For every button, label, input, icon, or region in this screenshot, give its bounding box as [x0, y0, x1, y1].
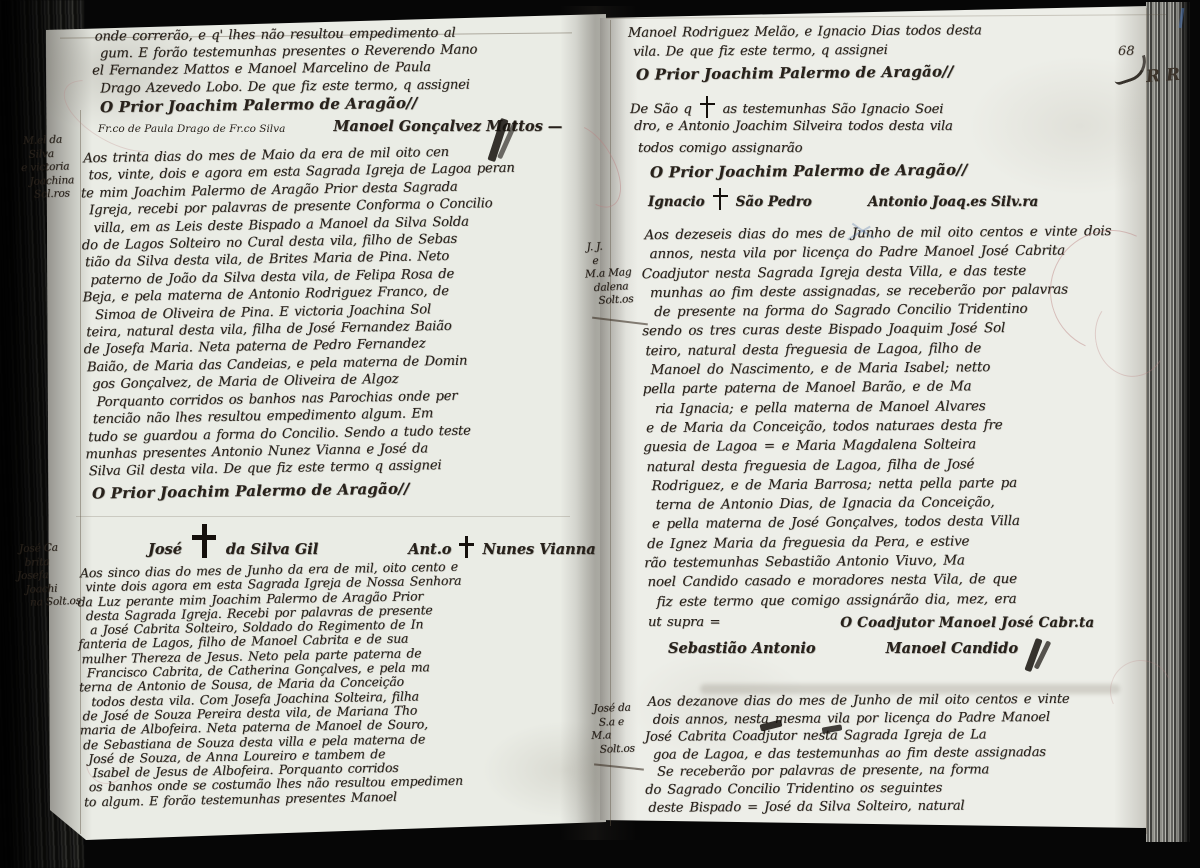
witness-name: Ant.o	[408, 541, 451, 558]
prior-signature: O Prior Joachim Palermo de Aragão//	[636, 62, 954, 83]
ut-supra: ut supra =	[648, 614, 720, 631]
signer-name: São Pedro	[736, 194, 812, 210]
manuscript-line: vila. De que fiz este termo, q assignei	[633, 39, 1128, 61]
entry1-heading-right: Manoel Gonçalvez Mattos —	[333, 118, 562, 135]
signature-cross-icon	[700, 96, 715, 118]
witness-note-frag: as testemunhas São Ignacio Soei	[723, 101, 944, 118]
groom-name: José	[148, 541, 182, 558]
entry3-closing: ut supra = O Coadjutor Manoel José Cabr.…	[648, 614, 1094, 631]
witness-signature: Sebastião Antonio	[668, 640, 816, 657]
signature-cross-icon	[192, 524, 216, 558]
coadjutor-signature: O Coadjutor Manoel José Cabr.ta	[840, 615, 1094, 631]
entry3-margin-note: J. J.eM.a MagdalenaSolt.os	[586, 239, 641, 310]
manuscript-line: na Solt.os	[30, 595, 77, 610]
manuscript-line: Solt.os	[599, 742, 646, 757]
witness-note-line3: todos comigo assignarão	[638, 140, 802, 157]
witness-note-frag: De São q	[630, 101, 692, 118]
folio-number: 68	[1118, 44, 1135, 59]
manuscript-photo: onde correrão, e q' lhes não resultou em…	[0, 0, 1200, 868]
entry1-body: Aos trinta dias do mes de Maio da era de…	[83, 142, 581, 481]
witness-note-line2: dro, e Antonio Joachim Silveira todos de…	[634, 118, 953, 135]
left-continuation-lines: onde correrão, e q' lhes não resultou em…	[95, 23, 576, 97]
entry4-margin-note: José daS.a eM.aSolt.os	[593, 701, 647, 757]
signer-name: Antonio Joaq.es Silv.ra	[868, 194, 1038, 210]
manuscript-line: Joachina	[29, 174, 78, 189]
entry4-body: Aos dezanove dias do mes de Junho de mil…	[648, 690, 1154, 817]
witness-note-line1: De São q as testemunhas São Ignacio Soei	[630, 96, 943, 118]
manuscript-line: deste Bispado = José da Silva Solteiro, …	[648, 796, 1153, 817]
edge-initials: R R	[1145, 65, 1180, 87]
entry2-margin-note: José CabritaJosefaJoachina Solt.os	[19, 541, 77, 611]
witness-signature: Manoel Candido	[886, 640, 1018, 657]
entry2-body: Aos sinco dias do mes de Junho da era de…	[80, 558, 582, 810]
entry1-heading: Fr.co de Paula Drago de Fr.co Silva Mano…	[98, 118, 562, 135]
entry2-heading: José da Silva Gil Ant.o Nunes Vianna	[148, 524, 596, 558]
right-continuation-lines: Manoel Rodriguez Melão, e Ignacio Dias t…	[628, 20, 1128, 61]
entry1-margin-note: M.el daSilvae victoriaJoachinaSol.ros	[23, 133, 79, 203]
signature-cross-icon	[459, 536, 474, 558]
signature-cross-icon	[713, 188, 728, 210]
signature-row: Ignacio São Pedro Antonio Joaq.es Silv.r…	[648, 188, 1038, 210]
manuscript-line: Sol.ros	[34, 187, 79, 202]
rule-line	[76, 516, 570, 517]
manuscript-line: Solt.os	[598, 293, 642, 309]
signer-name: Ignacio	[648, 194, 705, 210]
witness-surname: Nunes Vianna	[482, 541, 595, 558]
prior-signature: O Prior Joachim Palermo de Aragão//	[650, 161, 968, 182]
groom-surname: da Silva Gil	[226, 541, 318, 558]
witness-signatures: Sebastião Antonio Manoel Candido	[668, 640, 1018, 657]
